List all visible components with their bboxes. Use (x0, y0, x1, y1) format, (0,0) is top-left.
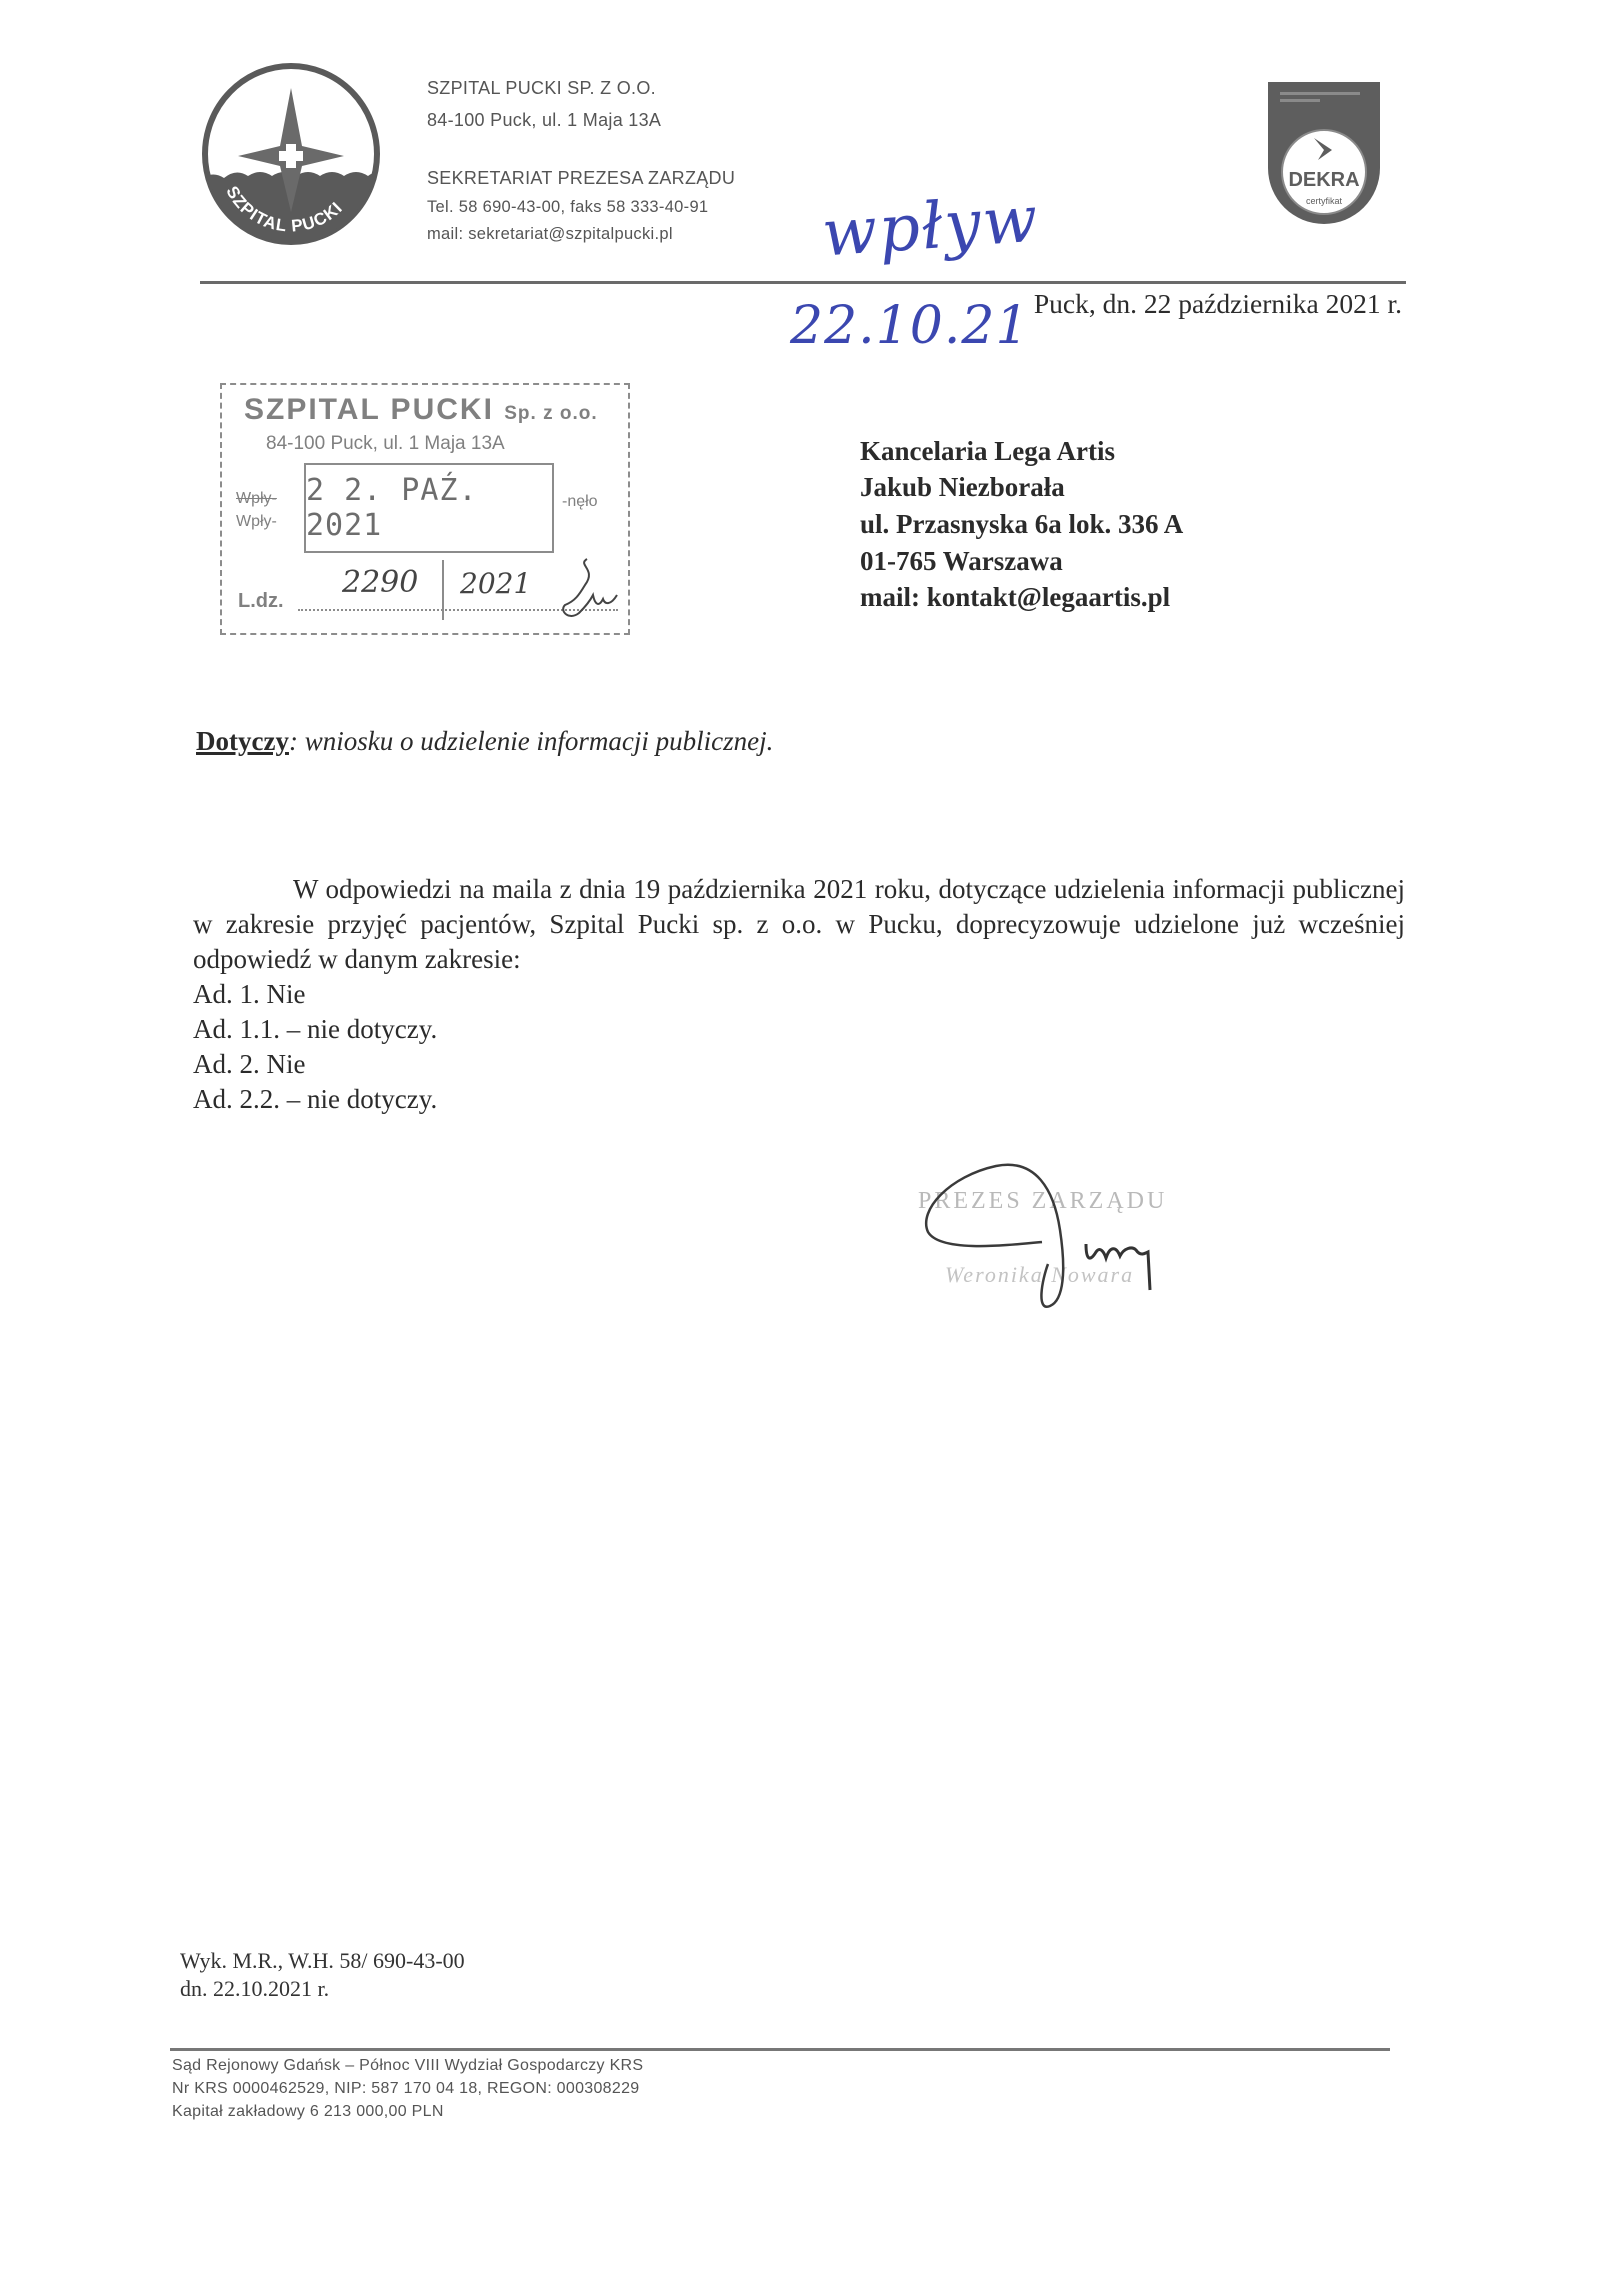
subject-line: Dotyczy: wniosku o udzielenie informacji… (196, 726, 773, 757)
letter-body: W odpowiedzi na maila z dnia 19 paździer… (193, 872, 1405, 1117)
stamp-address: 84-100 Puck, ul. 1 Maja 13A (266, 433, 505, 455)
company-email: mail: sekretariat@szpitalpucki.pl (427, 225, 673, 244)
handwritten-signature-icon (900, 1140, 1200, 1320)
footer-divider (170, 2048, 1390, 2051)
hospital-logo: SZPITAL PUCKI (200, 62, 382, 246)
body-paragraph: W odpowiedzi na maila z dnia 19 paździer… (193, 872, 1405, 977)
handwritten-received-date: 22.10.21 (790, 296, 1030, 356)
stamp-ldz-label: L.dz. (238, 590, 284, 613)
dekra-certificate-badge: DEKRA certyfikat (1268, 82, 1380, 224)
stamp-divider (442, 560, 444, 620)
answer-line: Ad. 2.2. – nie dotyczy. (193, 1082, 1405, 1117)
stamp-ldz-year: 2021 (460, 567, 531, 600)
recipient-line: ul. Przasnyska 6a lok. 336 A (860, 509, 1183, 540)
footer-court: Sąd Rejonowy Gdańsk – Północ VIII Wydzia… (172, 2057, 643, 2075)
recipient-line: Kancelaria Lega Artis (860, 436, 1115, 467)
stamp-label: Wpły- (236, 513, 277, 531)
department-name: SEKRETARIAT PREZESA ZARZĄDU (427, 168, 735, 189)
registration-stamp: SZPITAL PUCKI Sp. z o.o. 84-100 Puck, ul… (220, 383, 630, 635)
svg-text:DEKRA: DEKRA (1288, 169, 1359, 191)
recipient-email: mail: kontakt@legaartis.pl (860, 582, 1170, 613)
stamp-initials-signature-icon (557, 555, 623, 625)
footer-registration-numbers: Nr KRS 0000462529, NIP: 587 170 04 18, R… (172, 2080, 639, 2098)
stamp-ldz-number: 2290 (342, 565, 418, 600)
subject-text: : wniosku o udzielenie informacji public… (289, 726, 773, 756)
prepared-date: dn. 22.10.2021 r. (180, 1976, 329, 2002)
recipient-line: Jakub Niezborała (860, 472, 1065, 503)
company-phone: Tel. 58 690-43-00, faks 58 333-40-91 (427, 198, 708, 217)
answer-line: Ad. 2. Nie (193, 1047, 1405, 1082)
svg-text:certyfikat: certyfikat (1306, 196, 1343, 206)
letter-place-date: Puck, dn. 22 października 2021 r. (1034, 288, 1402, 320)
stamp-label-suffix: -nęło (562, 493, 598, 511)
handwritten-received-note: wpływ (820, 183, 1042, 272)
answer-line: Ad. 1.1. – nie dotyczy. (193, 1012, 1405, 1047)
company-address: 84-100 Puck, ul. 1 Maja 13A (427, 110, 661, 131)
stamp-date: 2 2. PAŹ. 2021 (304, 463, 554, 553)
stamp-hospital-name: SZPITAL PUCKI Sp. z o.o. (244, 393, 598, 427)
prepared-by: Wyk. M.R., W.H. 58/ 690-43-00 (180, 1948, 465, 1974)
answer-line: Ad. 1. Nie (193, 977, 1405, 1012)
company-name: SZPITAL PUCKI SP. Z O.O. (427, 78, 656, 99)
stamp-label-struck: Wpły- (236, 490, 277, 508)
header-divider (200, 281, 1406, 284)
subject-label: Dotyczy (196, 726, 289, 756)
recipient-line: 01-765 Warszawa (860, 546, 1063, 577)
footer-share-capital: Kapitał zakładowy 6 213 000,00 PLN (172, 2103, 444, 2121)
